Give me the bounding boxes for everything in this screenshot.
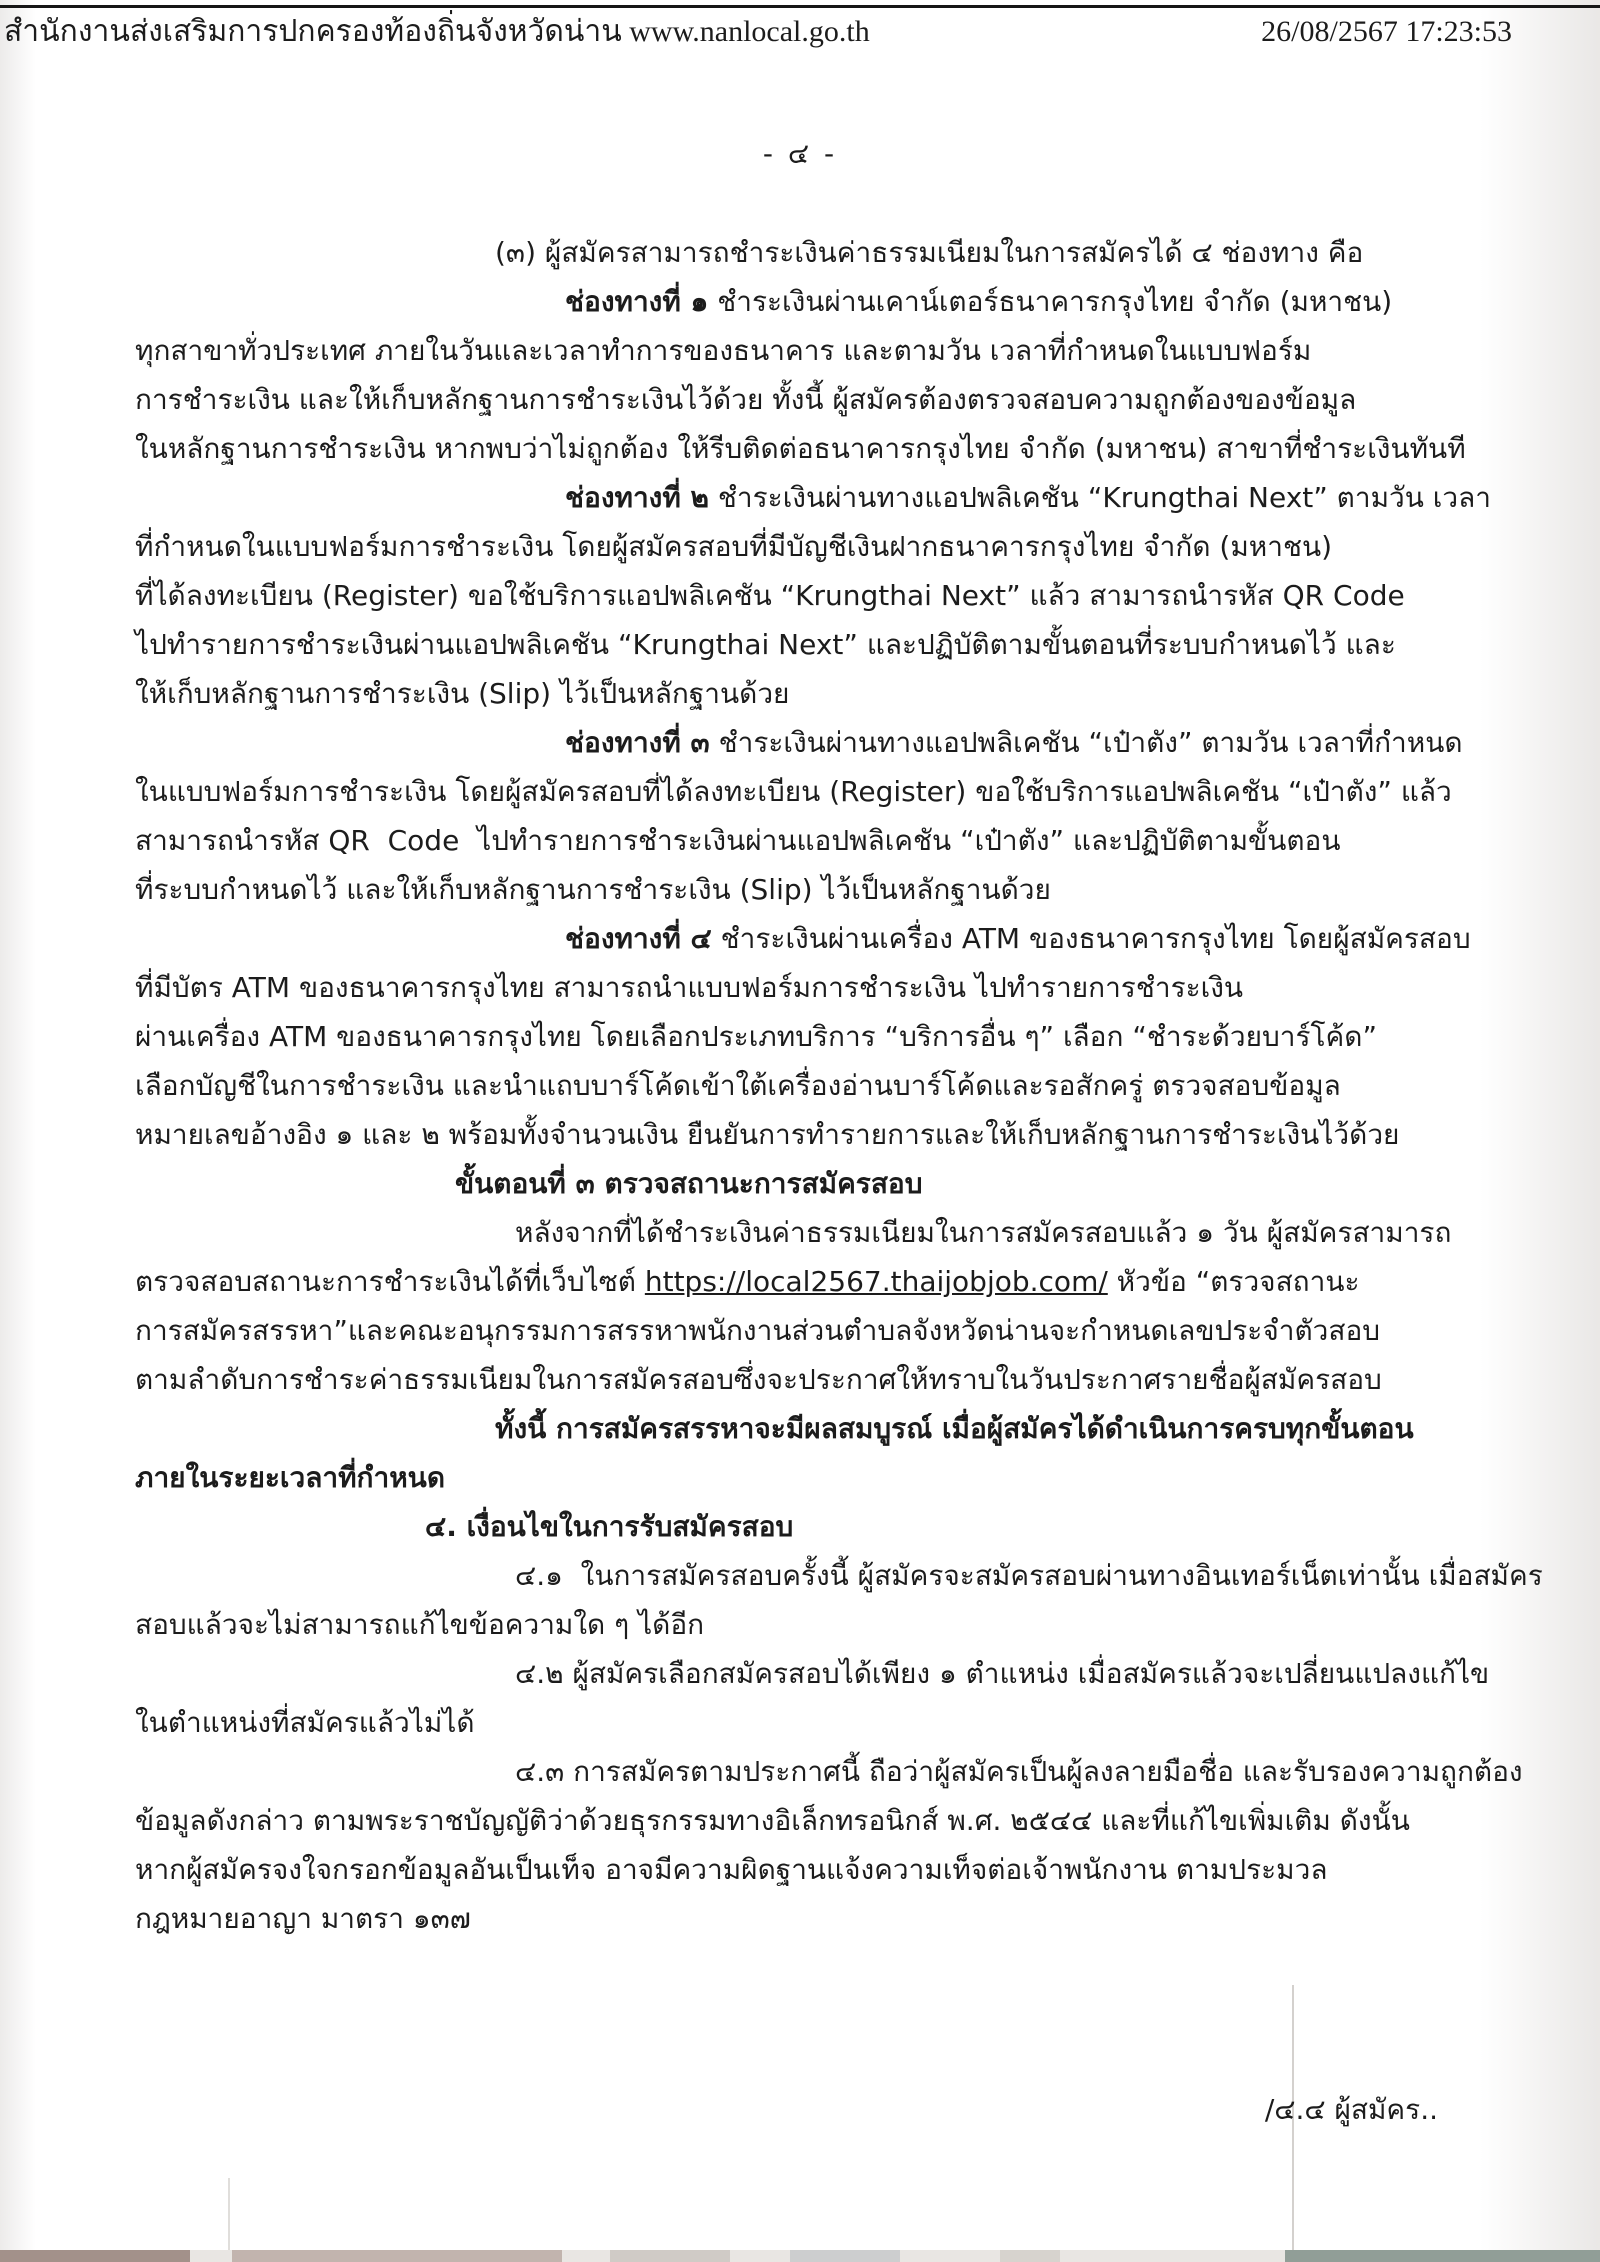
text-run: ให้เก็บหลักฐานการชำระเงิน (Slip) ไว้เป็น…: [135, 677, 789, 710]
header-rule: [0, 5, 1600, 8]
text-run: ในตำแหน่งที่สมัครแล้วไม่ได้: [135, 1706, 475, 1739]
text-run: ๔.๑ ในการสมัครสอบครั้งนี้ ผู้สมัครจะสมัค…: [515, 1559, 1543, 1592]
text-run: ช่องทางที่ ๔: [565, 922, 712, 955]
document-line: ตรวจสอบสถานะการชำระเงินได้ที่เว็บไซต์ ht…: [135, 1257, 1475, 1306]
document-line: เลือกบัญชีในการชำระเงิน และนำแถบบาร์โค้ด…: [135, 1061, 1475, 1110]
scan-artifact-strip: [0, 2250, 1600, 2262]
document-line: ที่ระบบกำหนดไว้ และให้เก็บหลักฐานการชำระ…: [135, 865, 1475, 914]
document-line: ทั้งนี้ การสมัครสรรหาจะมีผลสมบูรณ์ เมื่อ…: [135, 1404, 1475, 1453]
text-run: ที่ระบบกำหนดไว้ และให้เก็บหลักฐานการชำระ…: [135, 873, 1051, 906]
text-run: ที่ได้ลงทะเบียน (Register) ขอใช้บริการแอ…: [135, 579, 1405, 612]
text-run: หมายเลขอ้างอิง ๑ และ ๒ พร้อมทั้งจำนวนเงิ…: [135, 1118, 1399, 1151]
document-line: ช่องทางที่ ๑ ชำระเงินผ่านเคาน์เตอร์ธนาคา…: [135, 277, 1475, 326]
text-run: ชำระเงินผ่านทางแอปพลิเคชัน “Krungthai Ne…: [709, 481, 1491, 514]
document-line: การชำระเงิน และให้เก็บหลักฐานการชำระเงิน…: [135, 375, 1475, 424]
document-line: ช่องทางที่ ๓ ชำระเงินผ่านทางแอปพลิเคชัน …: [135, 718, 1475, 767]
text-run: ในหลักฐานการชำระเงิน หากพบว่าไม่ถูกต้อง …: [135, 432, 1466, 465]
document-line: ๔.๓ การสมัครตามประกาศนี้ ถือว่าผู้สมัครเ…: [135, 1747, 1475, 1796]
document-line: การสมัครสรรหา”และคณะอนุกรรมการสรรหาพนักง…: [135, 1306, 1475, 1355]
document-line: ในตำแหน่งที่สมัครแล้วไม่ได้: [135, 1698, 1475, 1747]
payment-status-url: https://local2567.thaijobjob.com/: [645, 1265, 1108, 1298]
text-run: ที่มีบัตร ATM ของธนาคารกรุงไทย สามารถนำแ…: [135, 971, 1243, 1004]
page-number: - ๔ -: [0, 132, 1600, 176]
scan-smudge: [790, 2250, 900, 2262]
document-line: ๔. เงื่อนไขในการรับสมัครสอบ: [135, 1502, 1475, 1551]
document-line: หากผู้สมัครจงใจกรอกข้อมูลอันเป็นเท็จ อาจ…: [135, 1845, 1475, 1894]
text-run: ไปทำรายการชำระเงินผ่านแอปพลิเคชัน “Krung…: [135, 628, 1396, 661]
text-run: หัวข้อ “ตรวจสถานะ: [1108, 1265, 1360, 1298]
text-run: ภายในระยะเวลาที่กำหนด: [135, 1461, 445, 1494]
document-line: ในแบบฟอร์มการชำระเงิน โดยผู้สมัครสอบที่ไ…: [135, 767, 1475, 816]
document-line: ช่องทางที่ ๒ ชำระเงินผ่านทางแอปพลิเคชัน …: [135, 473, 1475, 522]
document-line: ข้อมูลดังกล่าว ตามพระราชบัญญัติว่าด้วยธุ…: [135, 1796, 1475, 1845]
document-line: ไปทำรายการชำระเงินผ่านแอปพลิเคชัน “Krung…: [135, 620, 1475, 669]
document-line: หลังจากที่ได้ชำระเงินค่าธรรมเนียมในการสม…: [135, 1208, 1475, 1257]
text-run: ๔. เงื่อนไขในการรับสมัครสอบ: [425, 1510, 793, 1543]
text-run: ทั้งนี้ การสมัครสรรหาจะมีผลสมบูรณ์ เมื่อ…: [495, 1412, 1414, 1445]
footer-continuation-note: /๔.๔ ผู้สมัคร..: [1265, 2090, 1438, 2130]
text-run: สอบแล้วจะไม่สามารถแก้ไขข้อความใด ๆ ได้อี…: [135, 1608, 704, 1641]
scan-smudge: [1000, 2250, 1060, 2262]
text-run: ชำระเงินผ่านเคาน์เตอร์ธนาคารกรุงไทย จำกั…: [708, 285, 1392, 318]
text-run: ๔.๒ ผู้สมัครเลือกสมัครสอบได้เพียง ๑ ตำแห…: [515, 1657, 1489, 1690]
document-line: สอบแล้วจะไม่สามารถแก้ไขข้อความใด ๆ ได้อี…: [135, 1600, 1475, 1649]
text-run: หลังจากที่ได้ชำระเงินค่าธรรมเนียมในการสม…: [515, 1216, 1451, 1249]
text-run: ชำระเงินผ่านทางแอปพลิเคชัน “เป๋าตัง” ตาม…: [710, 726, 1463, 759]
text-run: ในแบบฟอร์มการชำระเงิน โดยผู้สมัครสอบที่ไ…: [135, 775, 1452, 808]
document-line: ช่องทางที่ ๔ ชำระเงินผ่านเครื่อง ATM ของ…: [135, 914, 1475, 963]
scan-smudge: [232, 2250, 562, 2262]
document-line: ที่ได้ลงทะเบียน (Register) ขอใช้บริการแอ…: [135, 571, 1475, 620]
text-run: ข้อมูลดังกล่าว ตามพระราชบัญญัติว่าด้วยธุ…: [135, 1804, 1410, 1837]
text-run: ช่องทางที่ ๓: [565, 726, 710, 759]
document-line: กฎหมายอาญา มาตรา ๑๓๗: [135, 1894, 1475, 1943]
scan-smudge: [1285, 2250, 1600, 2262]
document-line: ภายในระยะเวลาที่กำหนด: [135, 1453, 1475, 1502]
scan-smudge: [610, 2250, 730, 2262]
document-line: ๔.๒ ผู้สมัครเลือกสมัครสอบได้เพียง ๑ ตำแห…: [135, 1649, 1475, 1698]
text-run: ช่องทางที่ ๑: [565, 285, 708, 318]
text-run: ตามลำดับการชำระค่าธรรมเนียมในการสมัครสอบ…: [135, 1363, 1382, 1396]
text-run: ตรวจสอบสถานะการชำระเงินได้ที่เว็บไซต์: [135, 1265, 645, 1298]
document-line: ๔.๑ ในการสมัครสอบครั้งนี้ ผู้สมัครจะสมัค…: [135, 1551, 1475, 1600]
print-header-datetime: 26/08/2567 17:23:53: [1261, 12, 1512, 52]
text-run: ๔.๓ การสมัครตามประกาศนี้ ถือว่าผู้สมัครเ…: [515, 1755, 1523, 1788]
page-edge-shadow-right: [1480, 0, 1600, 2262]
text-run: ทุกสาขาทั่วประเทศ ภายในวันและเวลาทำการขอ…: [135, 334, 1311, 367]
document-line: หมายเลขอ้างอิง ๑ และ ๒ พร้อมทั้งจำนวนเงิ…: [135, 1110, 1475, 1159]
document-line: ที่กำหนดในแบบฟอร์มการชำระเงิน โดยผู้สมัค…: [135, 522, 1475, 571]
text-run: การชำระเงิน และให้เก็บหลักฐานการชำระเงิน…: [135, 383, 1356, 416]
document-line: ผ่านเครื่อง ATM ของธนาคารกรุงไทย โดยเลือ…: [135, 1012, 1475, 1061]
document-line: ให้เก็บหลักฐานการชำระเงิน (Slip) ไว้เป็น…: [135, 669, 1475, 718]
text-run: ขั้นตอนที่ ๓ ตรวจสถานะการสมัครสอบ: [455, 1167, 923, 1200]
print-header: สำนักงานส่งเสริมการปกครองท้องถิ่นจังหวัด…: [0, 12, 1600, 52]
text-run: ผ่านเครื่อง ATM ของธนาคารกรุงไทย โดยเลือ…: [135, 1020, 1377, 1053]
text-run: การสมัครสรรหา”และคณะอนุกรรมการสรรหาพนักง…: [135, 1314, 1380, 1347]
text-run: หากผู้สมัครจงใจกรอกข้อมูลอันเป็นเท็จ อาจ…: [135, 1853, 1328, 1886]
page-edge-shadow-left: [0, 0, 36, 2262]
text-run: ที่กำหนดในแบบฟอร์มการชำระเงิน โดยผู้สมัค…: [135, 530, 1332, 563]
document-body: (๓) ผู้สมัครสามารถชำระเงินค่าธรรมเนียมใน…: [135, 228, 1475, 1943]
text-run: ชำระเงินผ่านเครื่อง ATM ของธนาคารกรุงไทย…: [712, 922, 1471, 955]
document-line: ตามลำดับการชำระค่าธรรมเนียมในการสมัครสอบ…: [135, 1355, 1475, 1404]
document-line: (๓) ผู้สมัครสามารถชำระเงินค่าธรรมเนียมใน…: [135, 228, 1475, 277]
text-run: สามารถนำรหัส QR Code ไปทำรายการชำระเงินผ…: [135, 824, 1340, 857]
scan-smudge: [0, 2250, 190, 2262]
document-line: ทุกสาขาทั่วประเทศ ภายในวันและเวลาทำการขอ…: [135, 326, 1475, 375]
document-line: ที่มีบัตร ATM ของธนาคารกรุงไทย สามารถนำแ…: [135, 963, 1475, 1012]
text-run: (๓) ผู้สมัครสามารถชำระเงินค่าธรรมเนียมใน…: [495, 236, 1363, 269]
document-line: สามารถนำรหัส QR Code ไปทำรายการชำระเงินผ…: [135, 816, 1475, 865]
text-run: กฎหมายอาญา มาตรา ๑๓๗: [135, 1902, 471, 1935]
text-run: ช่องทางที่ ๒: [565, 481, 709, 514]
print-header-site: สำนักงานส่งเสริมการปกครองท้องถิ่นจังหวัด…: [4, 12, 870, 52]
text-run: เลือกบัญชีในการชำระเงิน และนำแถบบาร์โค้ด…: [135, 1069, 1341, 1102]
document-line: ในหลักฐานการชำระเงิน หากพบว่าไม่ถูกต้อง …: [135, 424, 1475, 473]
document-line: ขั้นตอนที่ ๓ ตรวจสถานะการสมัครสอบ: [135, 1159, 1475, 1208]
